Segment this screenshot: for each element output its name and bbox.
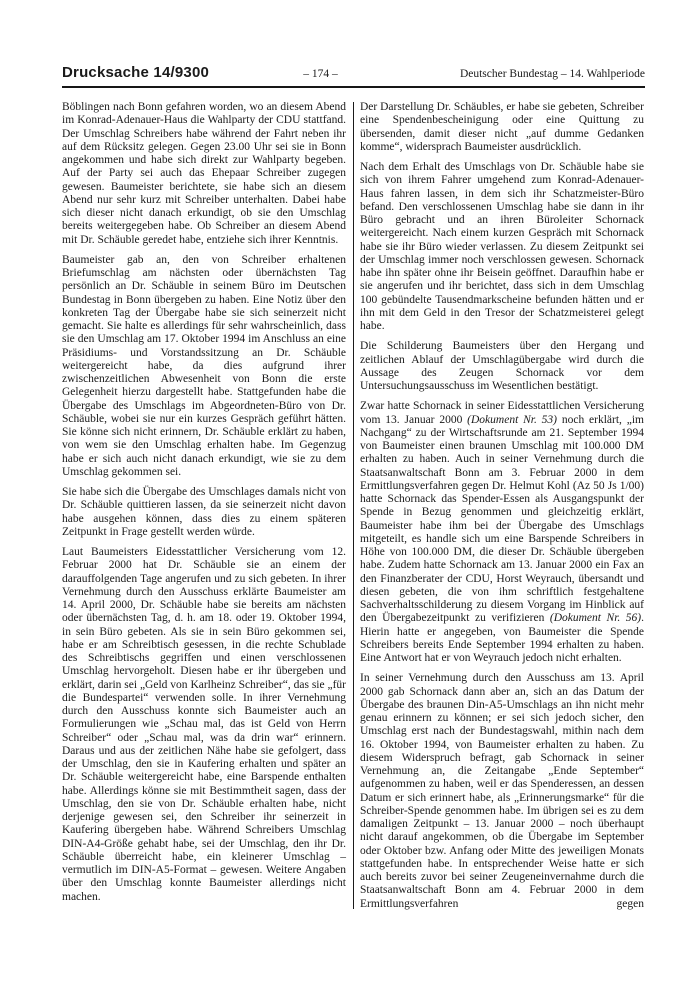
- column-divider-rule: [353, 102, 354, 909]
- page-number: – 174 –: [195, 68, 446, 80]
- text-segment: noch erklärt, „im Nachgang“ zu der Wirts…: [360, 414, 644, 625]
- doc-number: Drucksache 14/9300: [62, 64, 209, 81]
- text-segment: Baumeister gab an, den von Schreiber erh…: [62, 254, 346, 478]
- text-segment: Die Schilderung Baumeisters über den Her…: [360, 340, 644, 392]
- page-content: Drucksache 14/9300 – 174 – Deutscher Bun…: [62, 64, 645, 911]
- edition-label: Deutscher Bundestag – 14. Wahlperiode: [460, 68, 645, 80]
- paragraph: Der Darstellung Dr. Schäubles, er habe s…: [360, 101, 644, 154]
- paragraph: Zwar hatte Schornack in seiner Eidesstat…: [360, 400, 644, 665]
- paragraph: Baumeister gab an, den von Schreiber erh…: [62, 254, 346, 479]
- column-left: Böblingen nach Bonn gefahren worden, wo …: [62, 101, 346, 911]
- page-header: Drucksache 14/9300 – 174 – Deutscher Bun…: [62, 64, 645, 88]
- text-columns: Böblingen nach Bonn gefahren worden, wo …: [62, 101, 645, 911]
- text-segment: Böblingen nach Bonn gefahren worden, wo …: [62, 101, 346, 246]
- document-page: Drucksache 14/9300 – 174 – Deutscher Bun…: [0, 0, 700, 990]
- italic-text-segment: (Dokument Nr. 53): [467, 414, 557, 426]
- paragraph: Die Schilderung Baumeisters über den Her…: [360, 340, 644, 393]
- text-segment: Nach dem Erhalt des Umschlags von Dr. Sc…: [360, 161, 644, 332]
- paragraph: In seiner Vernehmung durch den Ausschuss…: [360, 672, 644, 911]
- text-segment: Sie habe sich die Übergabe des Umschlage…: [62, 486, 346, 538]
- text-segment: In seiner Vernehmung durch den Ausschuss…: [360, 672, 644, 909]
- paragraph: Böblingen nach Bonn gefahren worden, wo …: [62, 101, 346, 247]
- text-segment: Laut Baumeisters Eidesstattlicher Versic…: [62, 546, 346, 903]
- text-segment: Der Darstellung Dr. Schäubles, er habe s…: [360, 101, 644, 153]
- column-right: Der Darstellung Dr. Schäubles, er habe s…: [360, 101, 644, 911]
- italic-text-segment: (Dokument Nr. 56): [550, 612, 641, 624]
- paragraph: Laut Baumeisters Eidesstattlicher Versic…: [62, 546, 346, 904]
- paragraph: Sie habe sich die Übergabe des Umschlage…: [62, 486, 346, 539]
- paragraph: Nach dem Erhalt des Umschlags von Dr. Sc…: [360, 161, 644, 333]
